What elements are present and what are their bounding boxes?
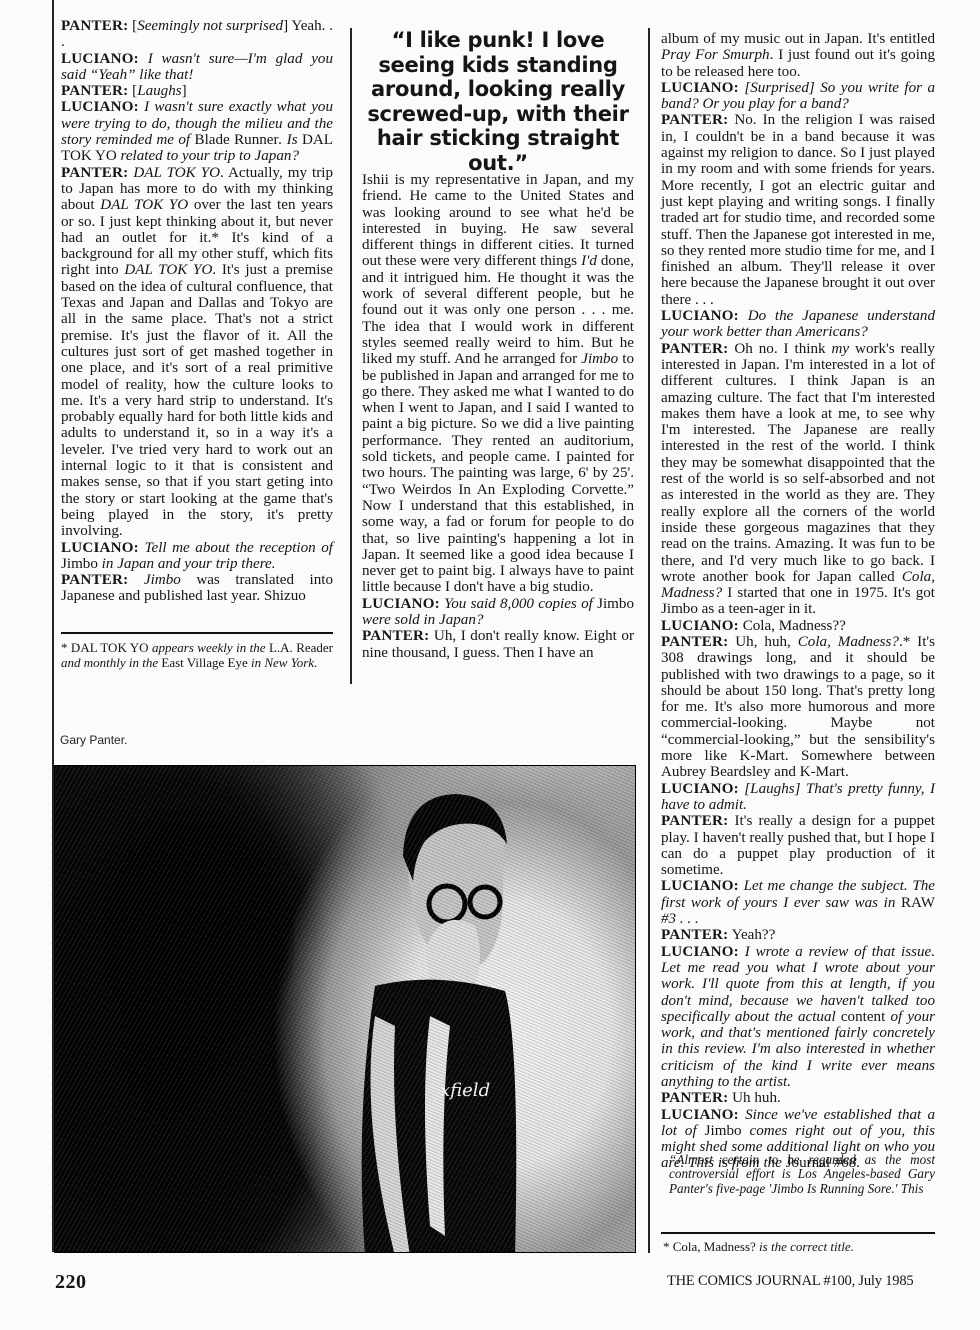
dialogue-paragraph: PANTER: [Seemingly not surprised] Yeah. … — [61, 18, 333, 51]
speaker-label: PANTER: — [661, 341, 728, 357]
speaker-label: LUCIANO: — [661, 781, 739, 797]
footnote-dal-tok-yo: * DAL TOK YO appears weekly in the L.A. … — [61, 641, 333, 671]
footnote-rule-1 — [61, 632, 333, 634]
dialogue-paragraph: PANTER: Uh huh. — [661, 1090, 935, 1106]
dialogue-paragraph: LUCIANO: Cola, Madness?? — [661, 618, 935, 634]
review-blockquote: “Almost certain to be regarded as the mo… — [661, 1153, 935, 1196]
photo-gary-panter: xfield — [54, 765, 636, 1253]
dialogue-paragraph: PANTER: Uh, huh, Cola, Madness?.* It's 3… — [661, 634, 935, 781]
dialogue-paragraph: PANTER: Oh no. I think my work's really … — [661, 341, 935, 618]
speaker-label: PANTER: — [61, 83, 128, 99]
photo-caption: Gary Panter. — [60, 733, 127, 747]
dialogue-paragraph: PANTER: No. In the religion I was raised… — [661, 112, 935, 308]
column-rule-middle — [350, 28, 352, 684]
footnote-cola-madness: * Cola, Madness? is the correct title. — [663, 1240, 937, 1255]
speaker-label: PANTER: — [61, 18, 128, 34]
speaker-label: LUCIANO: — [661, 618, 739, 634]
speaker-label: LUCIANO: — [661, 80, 739, 96]
speaker-label: LUCIANO: — [362, 596, 440, 612]
speaker-label: PANTER: — [661, 112, 728, 128]
dialogue-paragraph: LUCIANO: I wasn't sure exactly what you … — [61, 99, 333, 164]
speaker-label: LUCIANO: — [61, 99, 139, 115]
speaker-label: LUCIANO: — [61, 51, 139, 67]
review-quote: “Almost certain to be regarded as the mo… — [661, 1153, 935, 1196]
dialogue-paragraph: PANTER: Uh, I don't really know. Eight o… — [362, 628, 634, 661]
dialogue-paragraph: PANTER: Jimbo was translated into Japane… — [61, 572, 333, 605]
speaker-label: LUCIANO: — [661, 878, 739, 894]
dialogue-paragraph: PANTER: Yeah?? — [661, 927, 935, 943]
speaker-label: PANTER: — [661, 813, 728, 829]
pull-quote: “I like punk! I love seeing kids standin… — [362, 28, 634, 175]
dialogue-paragraph: LUCIANO: I wrote a review of that issue.… — [661, 944, 935, 1091]
dialogue-paragraph: LUCIANO: Tell me about the reception of … — [61, 540, 333, 573]
speaker-label: LUCIANO: — [661, 308, 739, 324]
speaker-label: PANTER: — [61, 572, 128, 588]
dialogue-paragraph: LUCIANO: Let me change the subject. The … — [661, 878, 935, 927]
column-1: PANTER: [Seemingly not surprised] Yeah. … — [61, 18, 333, 605]
speaker-label: LUCIANO: — [661, 944, 739, 960]
dialogue-paragraph: LUCIANO: [Surprised] So you write for a … — [661, 80, 935, 113]
dialogue-paragraph: LUCIANO: [Laughs] That's pretty funny, I… — [661, 781, 935, 814]
dialogue-paragraph: LUCIANO: Do the Japanese understand your… — [661, 308, 935, 341]
speaker-label: LUCIANO: — [61, 540, 139, 556]
speaker-label: PANTER: — [661, 634, 728, 650]
speaker-label: LUCIANO: — [661, 1107, 739, 1123]
speaker-label: PANTER: — [61, 165, 128, 181]
dialogue-paragraph: PANTER: It's really a design for a puppe… — [661, 813, 935, 878]
text-paragraph: Ishii is my representative in Japan, and… — [362, 172, 634, 596]
column-2: Ishii is my representative in Japan, and… — [362, 172, 634, 661]
page-number: 220 — [55, 1271, 87, 1294]
footnote-rule-3 — [661, 1232, 935, 1234]
dialogue-paragraph: PANTER: [Laughs] — [61, 83, 333, 99]
column-3: album of my music out in Japan. It's ent… — [661, 31, 935, 1172]
dialogue-paragraph: LUCIANO: You said 8,000 copies of Jimbo … — [362, 596, 634, 629]
photo-grain — [55, 766, 635, 1252]
dialogue-paragraph: PANTER: DAL TOK YO. Actually, my trip to… — [61, 165, 333, 540]
text-paragraph: album of my music out in Japan. It's ent… — [661, 31, 935, 80]
speaker-label: PANTER: — [362, 628, 429, 644]
speaker-label: PANTER: — [661, 927, 728, 943]
publication-footer: THE COMICS JOURNAL #100, July 1985 — [667, 1273, 913, 1290]
dialogue-paragraph: LUCIANO: I wasn't sure—I'm glad you said… — [61, 51, 333, 84]
column-rule-right — [648, 28, 650, 1253]
speaker-label: PANTER: — [661, 1090, 728, 1106]
